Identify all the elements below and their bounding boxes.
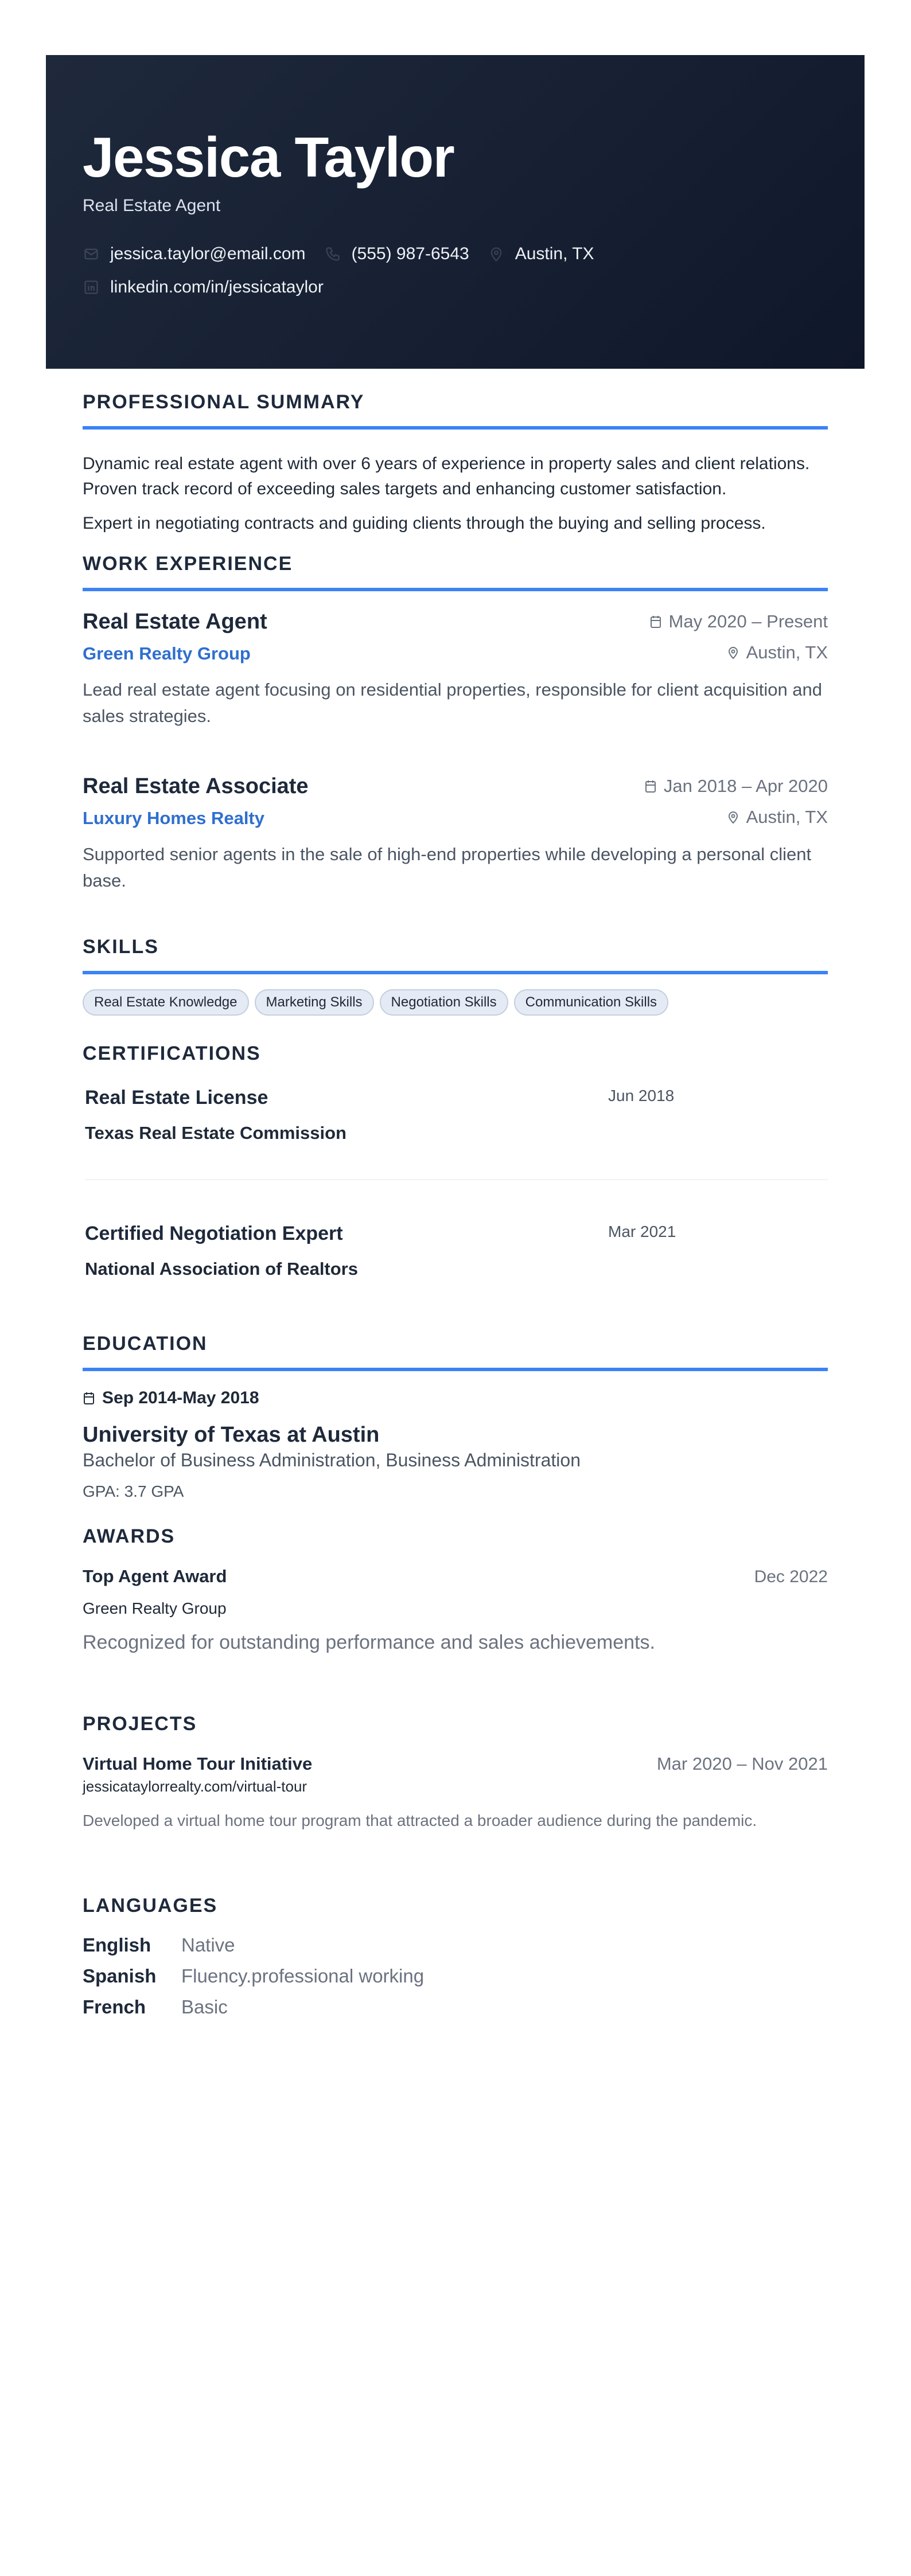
section-title-education: EDUCATION <box>83 1331 828 1356</box>
project-entry: Virtual Home Tour Initiative Mar 2020 – … <box>83 1754 828 1774</box>
certification-entry: Certified Negotiation Expert National As… <box>83 1223 828 1279</box>
job-entry: Real Estate Agent May 2020 – Present Gre… <box>83 610 828 729</box>
certification-issuer: National Association of Realtors <box>85 1259 608 1279</box>
school-name: University of Texas at Austin <box>83 1423 828 1447</box>
projects-section: PROJECTS Virtual Home Tour Initiative Ma… <box>83 1711 828 1830</box>
job-description: Lead real estate agent focusing on resid… <box>83 677 828 729</box>
language-row: Spanish Fluency.professional working <box>83 1961 828 1992</box>
award-title: Top Agent Award <box>83 1566 227 1587</box>
section-divider <box>83 588 828 591</box>
language-level: Fluency.professional working <box>181 1961 424 1992</box>
language-level: Native <box>181 1930 235 1961</box>
award-date: Dec 2022 <box>754 1567 828 1587</box>
project-title: Virtual Home Tour Initiative <box>83 1754 312 1774</box>
skill-pill: Real Estate Knowledge <box>83 989 249 1016</box>
experience-section: WORK EXPERIENCE Real Estate Agent May 20… <box>83 551 828 894</box>
project-description: Developed a virtual home tour program th… <box>83 1812 828 1830</box>
award-organization: Green Realty Group <box>83 1599 828 1618</box>
resume-page: Jessica Taylor Real Estate Agent jessica… <box>46 55 865 2023</box>
contact-list: jessica.taylor@email.com (555) 987-6543 … <box>83 241 656 300</box>
section-divider <box>83 426 828 430</box>
awards-section: AWARDS Top Agent Award Dec 2022 Green Re… <box>83 1524 828 1654</box>
project-url[interactable]: jessicataylorrealty.com/virtual-tour <box>83 1778 828 1796</box>
language-name: French <box>83 1992 181 2023</box>
resume-header: Jessica Taylor Real Estate Agent jessica… <box>46 55 865 369</box>
summary-paragraph: Expert in negotiating contracts and guid… <box>83 511 828 536</box>
section-title-languages: LANGUAGES <box>83 1893 828 1918</box>
language-name: English <box>83 1930 181 1961</box>
job-title: Real Estate Associate <box>83 774 309 799</box>
contact-phone-text: (555) 987-6543 <box>352 241 469 267</box>
language-level: Basic <box>181 1992 228 2023</box>
skill-pill: Marketing Skills <box>255 989 374 1016</box>
skill-pill: Communication Skills <box>514 989 668 1016</box>
certification-date: Jun 2018 <box>608 1087 828 1143</box>
linkedin-icon <box>83 279 100 296</box>
contact-email[interactable]: jessica.taylor@email.com <box>83 241 306 267</box>
location-icon <box>727 646 739 659</box>
job-description: Supported senior agents in the sale of h… <box>83 841 828 894</box>
calendar-icon <box>649 615 662 629</box>
section-divider <box>83 971 828 974</box>
certification-name: Real Estate License <box>85 1087 608 1109</box>
section-title-summary: PROFESSIONAL SUMMARY <box>83 389 828 415</box>
certification-date: Mar 2021 <box>608 1223 828 1279</box>
candidate-role: Real Estate Agent <box>83 194 827 217</box>
award-description: Recognized for outstanding performance a… <box>83 1632 828 1654</box>
calendar-icon <box>644 779 657 793</box>
certifications-section: CERTIFICATIONS Real Estate License Texas… <box>83 1041 828 1279</box>
location-icon <box>488 245 505 263</box>
contact-location: Austin, TX <box>488 241 594 267</box>
contact-phone[interactable]: (555) 987-6543 <box>324 241 469 267</box>
certification-entry: Real Estate License Texas Real Estate Co… <box>83 1087 828 1143</box>
mail-icon <box>83 245 100 263</box>
education-section: EDUCATION Sep 2014-May 2018 University o… <box>83 1331 828 1501</box>
section-title-skills: SKILLS <box>83 934 828 959</box>
language-name: Spanish <box>83 1961 181 1992</box>
summary-section: PROFESSIONAL SUMMARY Dynamic real estate… <box>83 369 828 536</box>
job-location: Austin, TX <box>727 807 828 828</box>
job-entry: Real Estate Associate Jan 2018 – Apr 202… <box>83 774 828 894</box>
contact-email-text: jessica.taylor@email.com <box>110 241 306 267</box>
job-title: Real Estate Agent <box>83 610 267 634</box>
calendar-icon <box>83 1391 95 1405</box>
language-row: English Native <box>83 1930 828 1961</box>
certification-issuer: Texas Real Estate Commission <box>85 1123 608 1143</box>
job-date: Jan 2018 – Apr 2020 <box>644 776 828 797</box>
contact-linkedin-text: linkedin.com/in/jessicataylor <box>110 275 324 300</box>
languages-section: LANGUAGES English Native Spanish Fluency… <box>83 1893 828 2023</box>
phone-icon <box>324 245 341 263</box>
company-name: Green Realty Group <box>83 643 251 664</box>
job-location: Austin, TX <box>727 642 828 663</box>
contact-location-text: Austin, TX <box>515 241 594 267</box>
summary-paragraph: Dynamic real estate agent with over 6 ye… <box>83 451 828 502</box>
education-date: Sep 2014-May 2018 <box>83 1388 828 1408</box>
location-icon <box>727 810 739 824</box>
award-entry: Top Agent Award Dec 2022 <box>83 1566 828 1587</box>
skill-pill: Negotiation Skills <box>380 989 508 1016</box>
project-date: Mar 2020 – Nov 2021 <box>657 1754 828 1774</box>
gpa: GPA: 3.7 GPA <box>83 1482 828 1501</box>
certification-divider <box>85 1179 828 1180</box>
section-title-certifications: CERTIFICATIONS <box>83 1041 828 1066</box>
job-date: May 2020 – Present <box>649 611 828 632</box>
section-title-experience: WORK EXPERIENCE <box>83 551 828 576</box>
candidate-name: Jessica Taylor <box>83 126 827 189</box>
skills-section: SKILLS Real Estate Knowledge Marketing S… <box>83 934 828 1016</box>
degree: Bachelor of Business Administration, Bus… <box>83 1450 828 1471</box>
section-title-awards: AWARDS <box>83 1524 828 1549</box>
company-name: Luxury Homes Realty <box>83 808 264 829</box>
skill-list: Real Estate Knowledge Marketing Skills N… <box>83 989 828 1016</box>
certification-name: Certified Negotiation Expert <box>85 1223 608 1245</box>
section-title-projects: PROJECTS <box>83 1711 828 1736</box>
contact-linkedin[interactable]: linkedin.com/in/jessicataylor <box>83 275 324 300</box>
language-row: French Basic <box>83 1992 828 2023</box>
section-divider <box>83 1368 828 1371</box>
